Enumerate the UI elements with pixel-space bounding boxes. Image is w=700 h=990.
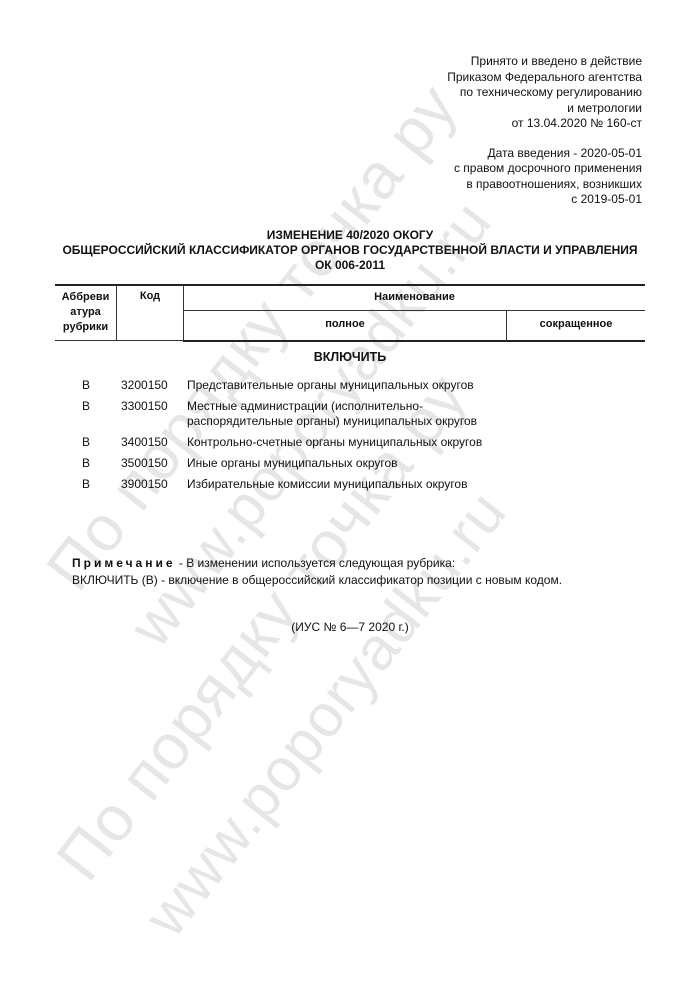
entry-code: 3300150	[121, 399, 168, 413]
retroactive-date: с 2019-05-01	[447, 192, 642, 208]
entries-list: В 3200150 Представительные органы муници…	[0, 378, 700, 498]
document-page: Принято и введено в действие Приказом Фе…	[0, 0, 700, 990]
approval-order-number: от 13.04.2020 № 160-ст	[447, 116, 642, 132]
entry-abbreviation: В	[82, 477, 90, 491]
list-item: В 3300150 Местные администрации (исполни…	[0, 399, 700, 435]
header-code: Код	[117, 285, 184, 341]
entry-code: 3900150	[121, 477, 168, 491]
entry-name: Контрольно-счетные органы муниципальных …	[187, 435, 527, 450]
list-item: В 3200150 Представительные органы муници…	[0, 378, 700, 399]
entry-code: 3500150	[121, 456, 168, 470]
note-label: Примечание	[72, 556, 176, 570]
effective-date: Дата введения - 2020-05-01	[447, 146, 642, 162]
approval-line: и метрологии	[447, 101, 642, 117]
document-title: ИЗМЕНЕНИЕ 40/2020 ОКОГУ ОБЩЕРОССИЙСКИЙ К…	[50, 228, 650, 273]
table-header: Аббреви атура рубрики Код Наименование п…	[55, 284, 645, 342]
entry-abbreviation: В	[82, 435, 90, 449]
entry-name: Избирательные комиссии муниципальных окр…	[187, 477, 527, 492]
effective-date-line: в правоотношениях, возникших	[447, 177, 642, 193]
entry-name: Местные администрации (исполнительно- ра…	[187, 399, 527, 429]
entry-code: 3400150	[121, 435, 168, 449]
list-item: В 3900150 Избирательные комиссии муницип…	[0, 477, 700, 498]
entry-abbreviation: В	[82, 456, 90, 470]
list-item: В 3400150 Контрольно-счетные органы муни…	[0, 435, 700, 456]
approval-block: Принято и введено в действие Приказом Фе…	[447, 54, 642, 208]
approval-line: по техническому регулированию	[447, 85, 642, 101]
note-text: - В изменении используется следующая руб…	[176, 556, 456, 570]
entry-name: Представительные органы муниципальных ок…	[187, 378, 527, 393]
header-name: Наименование	[184, 285, 646, 311]
ius-reference: (ИУС № 6—7 2020 г.)	[0, 620, 700, 634]
approval-line: Принято и введено в действие	[447, 54, 642, 70]
header-abbreviation: Аббреви атура рубрики	[55, 285, 117, 341]
note: Примечание - В изменении используется сл…	[72, 555, 455, 572]
list-item: В 3500150 Иные органы муниципальных окру…	[0, 456, 700, 477]
entry-abbreviation: В	[82, 378, 90, 392]
section-heading: ВКЛЮЧИТЬ	[0, 350, 700, 364]
effective-date-line: с правом досрочного применения	[447, 161, 642, 177]
approval-line: Приказом Федерального агентства	[447, 70, 642, 86]
entry-name: Иные органы муниципальных округов	[187, 456, 527, 471]
entry-abbreviation: В	[82, 399, 90, 413]
classifier-code: ОК 006-2011	[50, 258, 650, 273]
classifier-name: ОБЩЕРОССИЙСКИЙ КЛАССИФИКАТОР ОРГАНОВ ГОС…	[50, 243, 650, 258]
entry-code: 3200150	[121, 378, 168, 392]
note-definition: ВКЛЮЧИТЬ (В) - включение в общероссийски…	[72, 572, 562, 589]
header-full-name: полное	[184, 311, 507, 341]
amendment-number: ИЗМЕНЕНИЕ 40/2020 ОКОГУ	[50, 228, 650, 243]
header-short-name: сокращенное	[507, 311, 646, 341]
